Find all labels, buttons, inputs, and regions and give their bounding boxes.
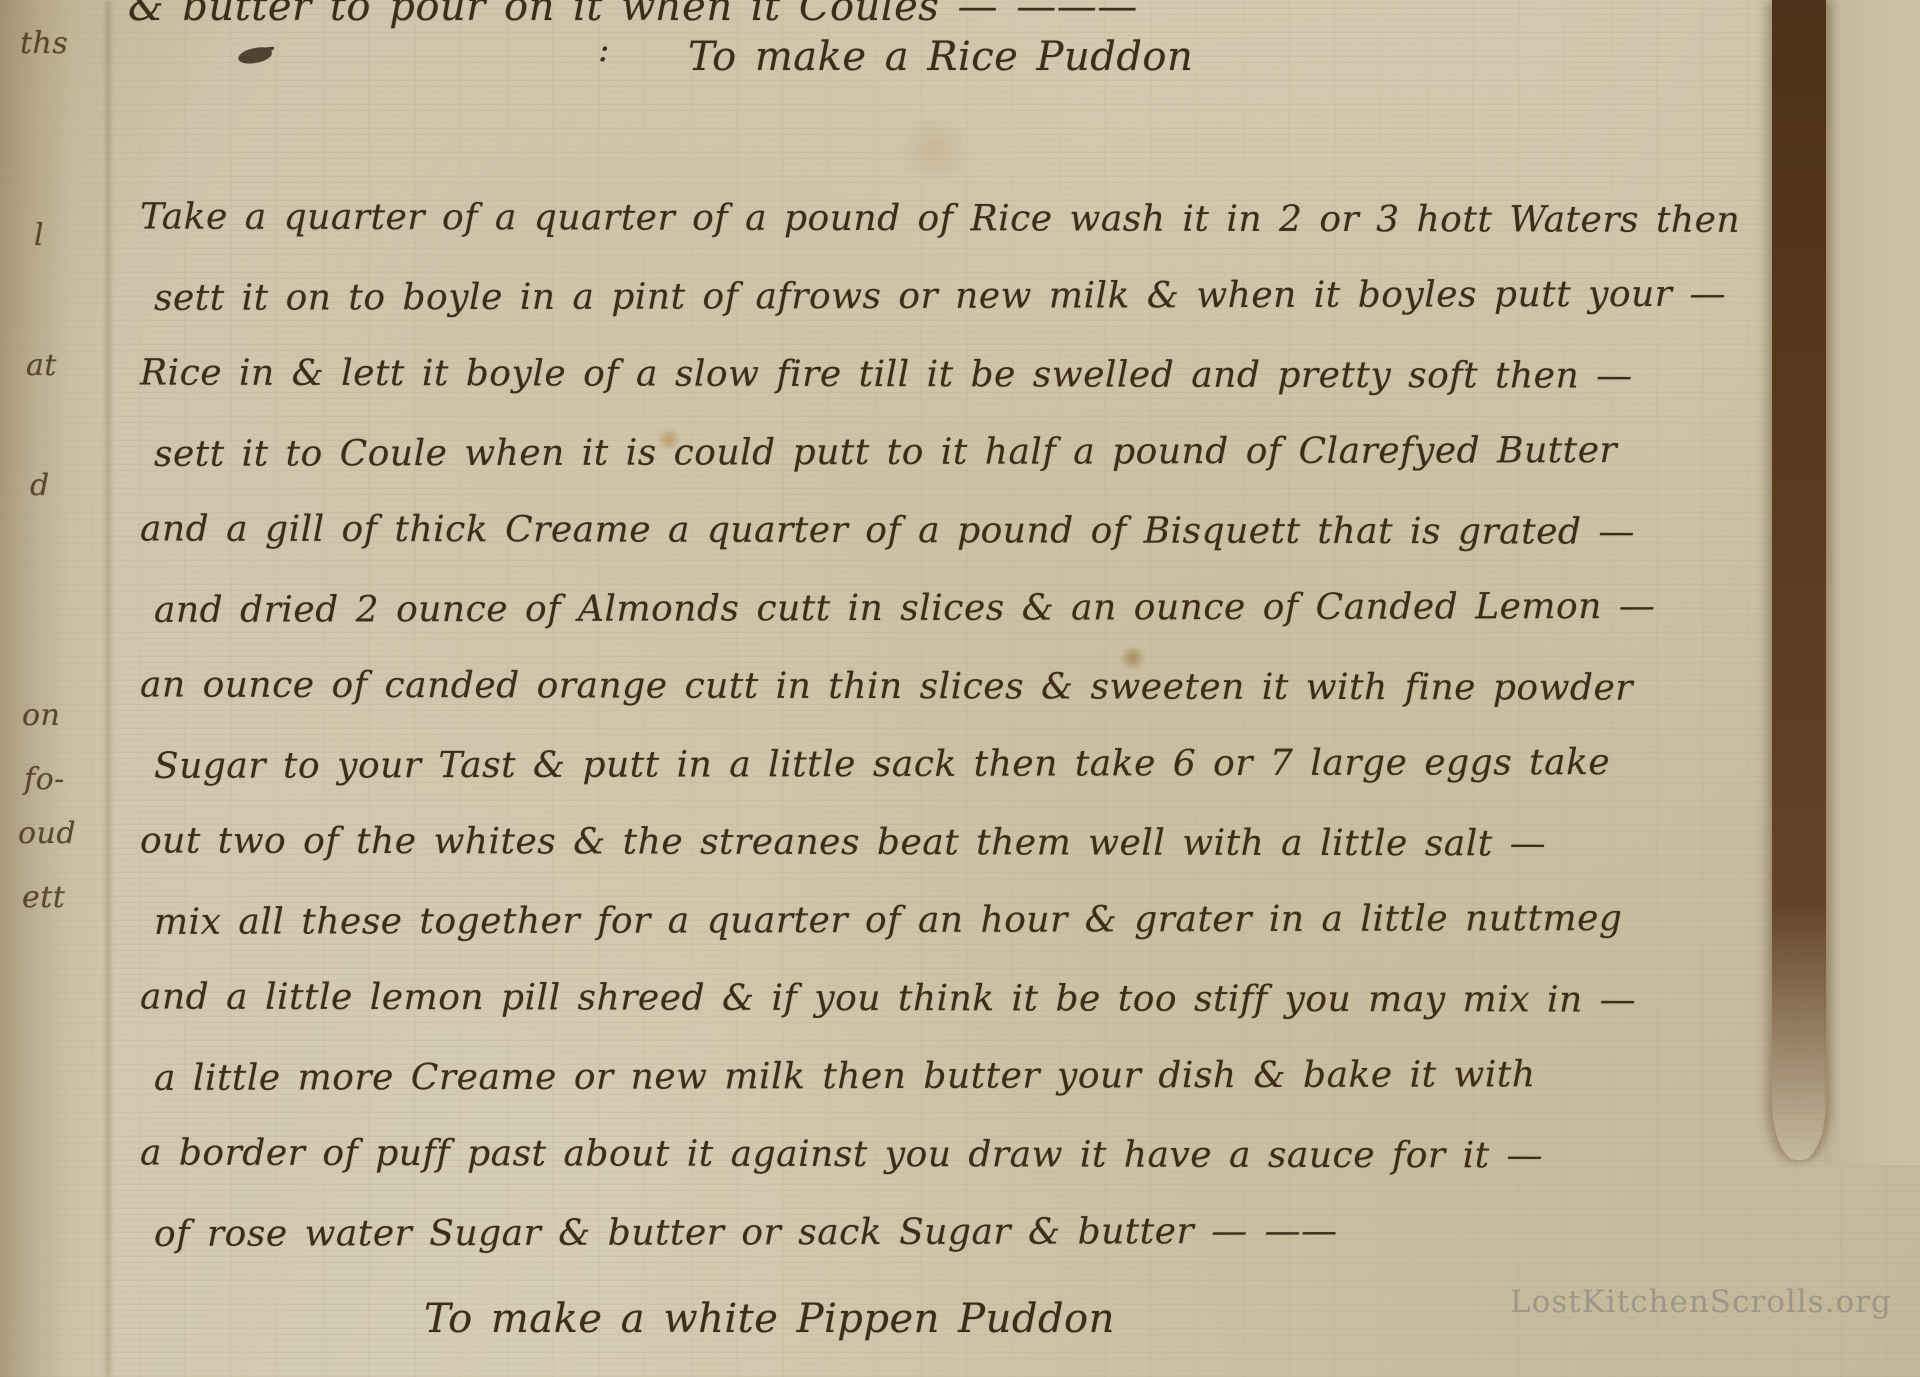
recipe-line: mix all these together for a quarter of … [154, 880, 1574, 962]
recipe-line: out two of the whites & the streanes bea… [140, 803, 1560, 884]
ink-smudge [237, 46, 273, 66]
margin-fragment: d [30, 468, 50, 503]
recipe-line: Rice in & lett it boyle of a slow fire t… [140, 335, 1560, 416]
paper-stain [656, 428, 682, 450]
watermark: LostKitchenScrolls.org [1510, 1284, 1892, 1320]
colon-mark: : [598, 30, 610, 70]
margin-fragment: fo- [24, 762, 65, 797]
paper-stain [1118, 646, 1148, 670]
margin-fragment: oud [18, 816, 76, 851]
recipe-line: an ounce of canded orange cutt in thin s… [140, 647, 1560, 728]
manuscript-page: ths l at d on fo- oud ett & butter to po… [0, 0, 1920, 1377]
previous-recipe-tail: & butter to pour on it when it Coules — … [128, 0, 1138, 30]
recipe-line: sett it to Coule when it is could putt t… [154, 412, 1574, 494]
recipe-line: a little more Creame or new milk then bu… [154, 1036, 1574, 1118]
recipe-line: Sugar to your Tast & putt in a little sa… [154, 724, 1574, 806]
margin-fragment: l [34, 218, 44, 253]
recipe-line: and a little lemon pill shreed & if you … [140, 959, 1560, 1040]
recipe-line: and a gill of thick Creame a quarter of … [140, 491, 1560, 572]
margin-fragment: ths [20, 26, 68, 61]
recipe-line: Take a quarter of a quarter of a pound o… [140, 179, 1560, 260]
next-recipe-title: To make a white Pippen Puddon [424, 1296, 1115, 1342]
margin-fragment: on [22, 698, 60, 733]
recipe-line: sett it on to boyle in a pint of afrows … [154, 256, 1574, 338]
page-gutter [0, 0, 122, 1377]
margin-fragment: at [26, 348, 57, 383]
recipe-line: a border of puff past about it against y… [140, 1115, 1560, 1196]
recipe-body: Take a quarter of a quarter of a pound o… [140, 180, 1560, 1272]
recipe-title: To make a Rice Puddon [688, 34, 1193, 80]
next-page-edge [1824, 0, 1920, 1165]
recipe-line: of rose water Sugar & butter or sack Sug… [154, 1192, 1574, 1274]
recipe-line: and dried 2 ounce of Almonds cutt in sli… [154, 568, 1574, 650]
book-binding-edge [1772, 0, 1826, 1160]
paper-stain [890, 120, 980, 180]
margin-fragment: ett [22, 880, 65, 915]
gutter-fold-line [106, 0, 110, 1377]
